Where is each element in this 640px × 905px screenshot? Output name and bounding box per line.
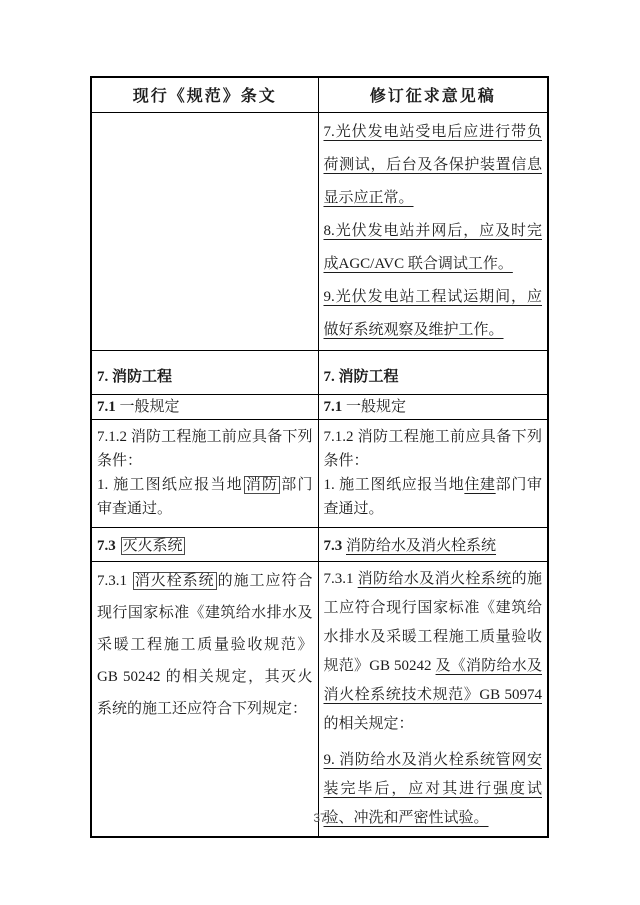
- table-header-row: 现行《规范》条文 修订征求意见稿: [91, 77, 548, 112]
- text-segment: 7. 消防工程: [324, 369, 399, 385]
- table-row-pv-clauses: 7.光伏发电站受电后应进行带负荷测试，后台及各保护装置信息显示应正常。 8.光伏…: [91, 112, 548, 350]
- header-revision-draft-label: 修订征求意见稿: [370, 88, 496, 105]
- text-segment: 7.1: [324, 399, 347, 415]
- text-segment: 的施工应符合现行国家标准《建筑给水排水及采暖工程施工质量验收规范》GB 5024…: [97, 573, 313, 717]
- paragraph-pv-clause-8: 8.光伏发电站并网后，应及时完成AGC/AVC 联合调试工作。: [324, 215, 543, 281]
- header-current-code-label: 现行《规范》条文: [133, 88, 277, 105]
- deleted-term-box: 消防: [244, 476, 280, 494]
- text-segment: 7.1.2 消防工程施工前应具备下列条件：: [324, 429, 543, 469]
- cell-revised-clause-7-3-1: 7.3.1 消防给水及消火栓系统的施工应符合现行国家标准《建筑给水排水及采暖工程…: [318, 561, 548, 837]
- text-segment: 1. 施工图纸应报当地: [97, 477, 243, 493]
- paragraph-chapter-title: 7. 消防工程: [324, 367, 543, 387]
- text-segment: 7.3: [324, 538, 347, 554]
- deleted-term-box: 灭火系统: [121, 537, 185, 555]
- table-row-clause-7-1-2: 7.1.2 消防工程施工前应具备下列条件： 1. 施工图纸应报当地消防部门审查通…: [91, 419, 548, 527]
- text-segment: 一般规定: [346, 399, 406, 415]
- text-segment: 8.光伏发电站并网后，应及时完成AGC/AVC 联合调试工作。: [324, 223, 543, 272]
- paragraph-section-title: 7.1 一般规定: [97, 397, 313, 417]
- paragraph-clause-intro: 7.1.2 消防工程施工前应具备下列条件：: [97, 425, 313, 473]
- cell-revised-pv-clauses: 7.光伏发电站受电后应进行带负荷测试，后台及各保护装置信息显示应正常。 8.光伏…: [318, 112, 548, 350]
- cell-current-pv-empty: [91, 112, 318, 350]
- paragraph-clause-intro: 7.1.2 消防工程施工前应具备下列条件：: [324, 425, 543, 473]
- inserted-term: 消防给水及消火栓系统: [358, 571, 512, 587]
- text-segment: 7.3.1: [324, 571, 358, 587]
- inserted-term: 住建: [464, 477, 495, 493]
- paragraph-section-title: 7.3 消防给水及消火栓系统: [324, 536, 543, 556]
- paragraph-pv-clause-7: 7.光伏发电站受电后应进行带负荷测试，后台及各保护装置信息显示应正常。: [324, 116, 543, 215]
- text-segment: 7.1.2 消防工程施工前应具备下列条件：: [97, 429, 313, 469]
- text-segment: 一般规定: [120, 399, 180, 415]
- text-segment: 7.1: [97, 399, 120, 415]
- header-current-code: 现行《规范》条文: [91, 77, 318, 112]
- paragraph-pv-clause-9: 9.光伏发电站工程试运期间，应做好系统观察及维护工作。: [324, 281, 543, 347]
- table-row-clause-7-3-1: 7.3.1 消火栓系统的施工应符合现行国家标准《建筑给水排水及采暖工程施工质量验…: [91, 561, 548, 837]
- page-number: 37: [0, 811, 640, 825]
- paragraph-clause-body: 7.3.1 消火栓系统的施工应符合现行国家标准《建筑给水排水及采暖工程施工质量验…: [97, 565, 313, 725]
- cell-current-section-7-1: 7.1 一般规定: [91, 394, 318, 419]
- cell-revised-section-7-1: 7.1 一般规定: [318, 394, 548, 419]
- inserted-term: 消防给水及消火栓系统: [346, 538, 496, 554]
- table-row-section-7-3: 7.3 灭火系统 7.3 消防给水及消火栓系统: [91, 527, 548, 561]
- text-segment: 7.光伏发电站受电后应进行带负荷测试，后台及各保护装置信息显示应正常。: [324, 124, 543, 206]
- cell-current-chapter-7: 7. 消防工程: [91, 350, 318, 394]
- cell-revised-section-7-3: 7.3 消防给水及消火栓系统: [318, 527, 548, 561]
- paragraph-clause-item-1: 1. 施工图纸应报当地住建部门审查通过。: [324, 473, 543, 521]
- text-segment: 7.3.1: [97, 573, 132, 589]
- text-segment: 9.光伏发电站工程试运期间，应做好系统观察及维护工作。: [324, 289, 543, 338]
- cell-current-section-7-3: 7.3 灭火系统: [91, 527, 318, 561]
- paragraph-clause-item-1: 1. 施工图纸应报当地消防部门审查通过。: [97, 473, 313, 521]
- cell-current-clause-7-3-1: 7.3.1 消火栓系统的施工应符合现行国家标准《建筑给水排水及采暖工程施工质量验…: [91, 561, 318, 837]
- document-page: 现行《规范》条文 修订征求意见稿 7.光伏发电站受电后应进行带负荷测试，后台及各…: [0, 0, 640, 905]
- text-segment: 1. 施工图纸应报当地: [324, 477, 465, 493]
- table-row-section-7-1: 7.1 一般规定 7.1 一般规定: [91, 394, 548, 419]
- cell-revised-chapter-7: 7. 消防工程: [318, 350, 548, 394]
- paragraph-section-title: 7.3 灭火系统: [97, 536, 313, 556]
- paragraph-clause-body: 7.3.1 消防给水及消火栓系统的施工应符合现行国家标准《建筑给水排水及采暖工程…: [324, 565, 543, 739]
- text-segment: 的相关规定：: [324, 716, 414, 732]
- deleted-term-box: 消火栓系统: [133, 572, 217, 590]
- text-segment: 7.3: [97, 538, 120, 554]
- cell-revised-clause-7-1-2: 7.1.2 消防工程施工前应具备下列条件： 1. 施工图纸应报当地住建部门审查通…: [318, 419, 548, 527]
- header-revision-draft: 修订征求意见稿: [318, 77, 548, 112]
- text-segment: 7. 消防工程: [97, 369, 172, 385]
- cell-current-clause-7-1-2: 7.1.2 消防工程施工前应具备下列条件： 1. 施工图纸应报当地消防部门审查通…: [91, 419, 318, 527]
- table-row-chapter-7: 7. 消防工程 7. 消防工程: [91, 350, 548, 394]
- comparison-table: 现行《规范》条文 修订征求意见稿 7.光伏发电站受电后应进行带负荷测试，后台及各…: [90, 76, 549, 838]
- paragraph-chapter-title: 7. 消防工程: [97, 367, 313, 387]
- paragraph-section-title: 7.1 一般规定: [324, 397, 543, 417]
